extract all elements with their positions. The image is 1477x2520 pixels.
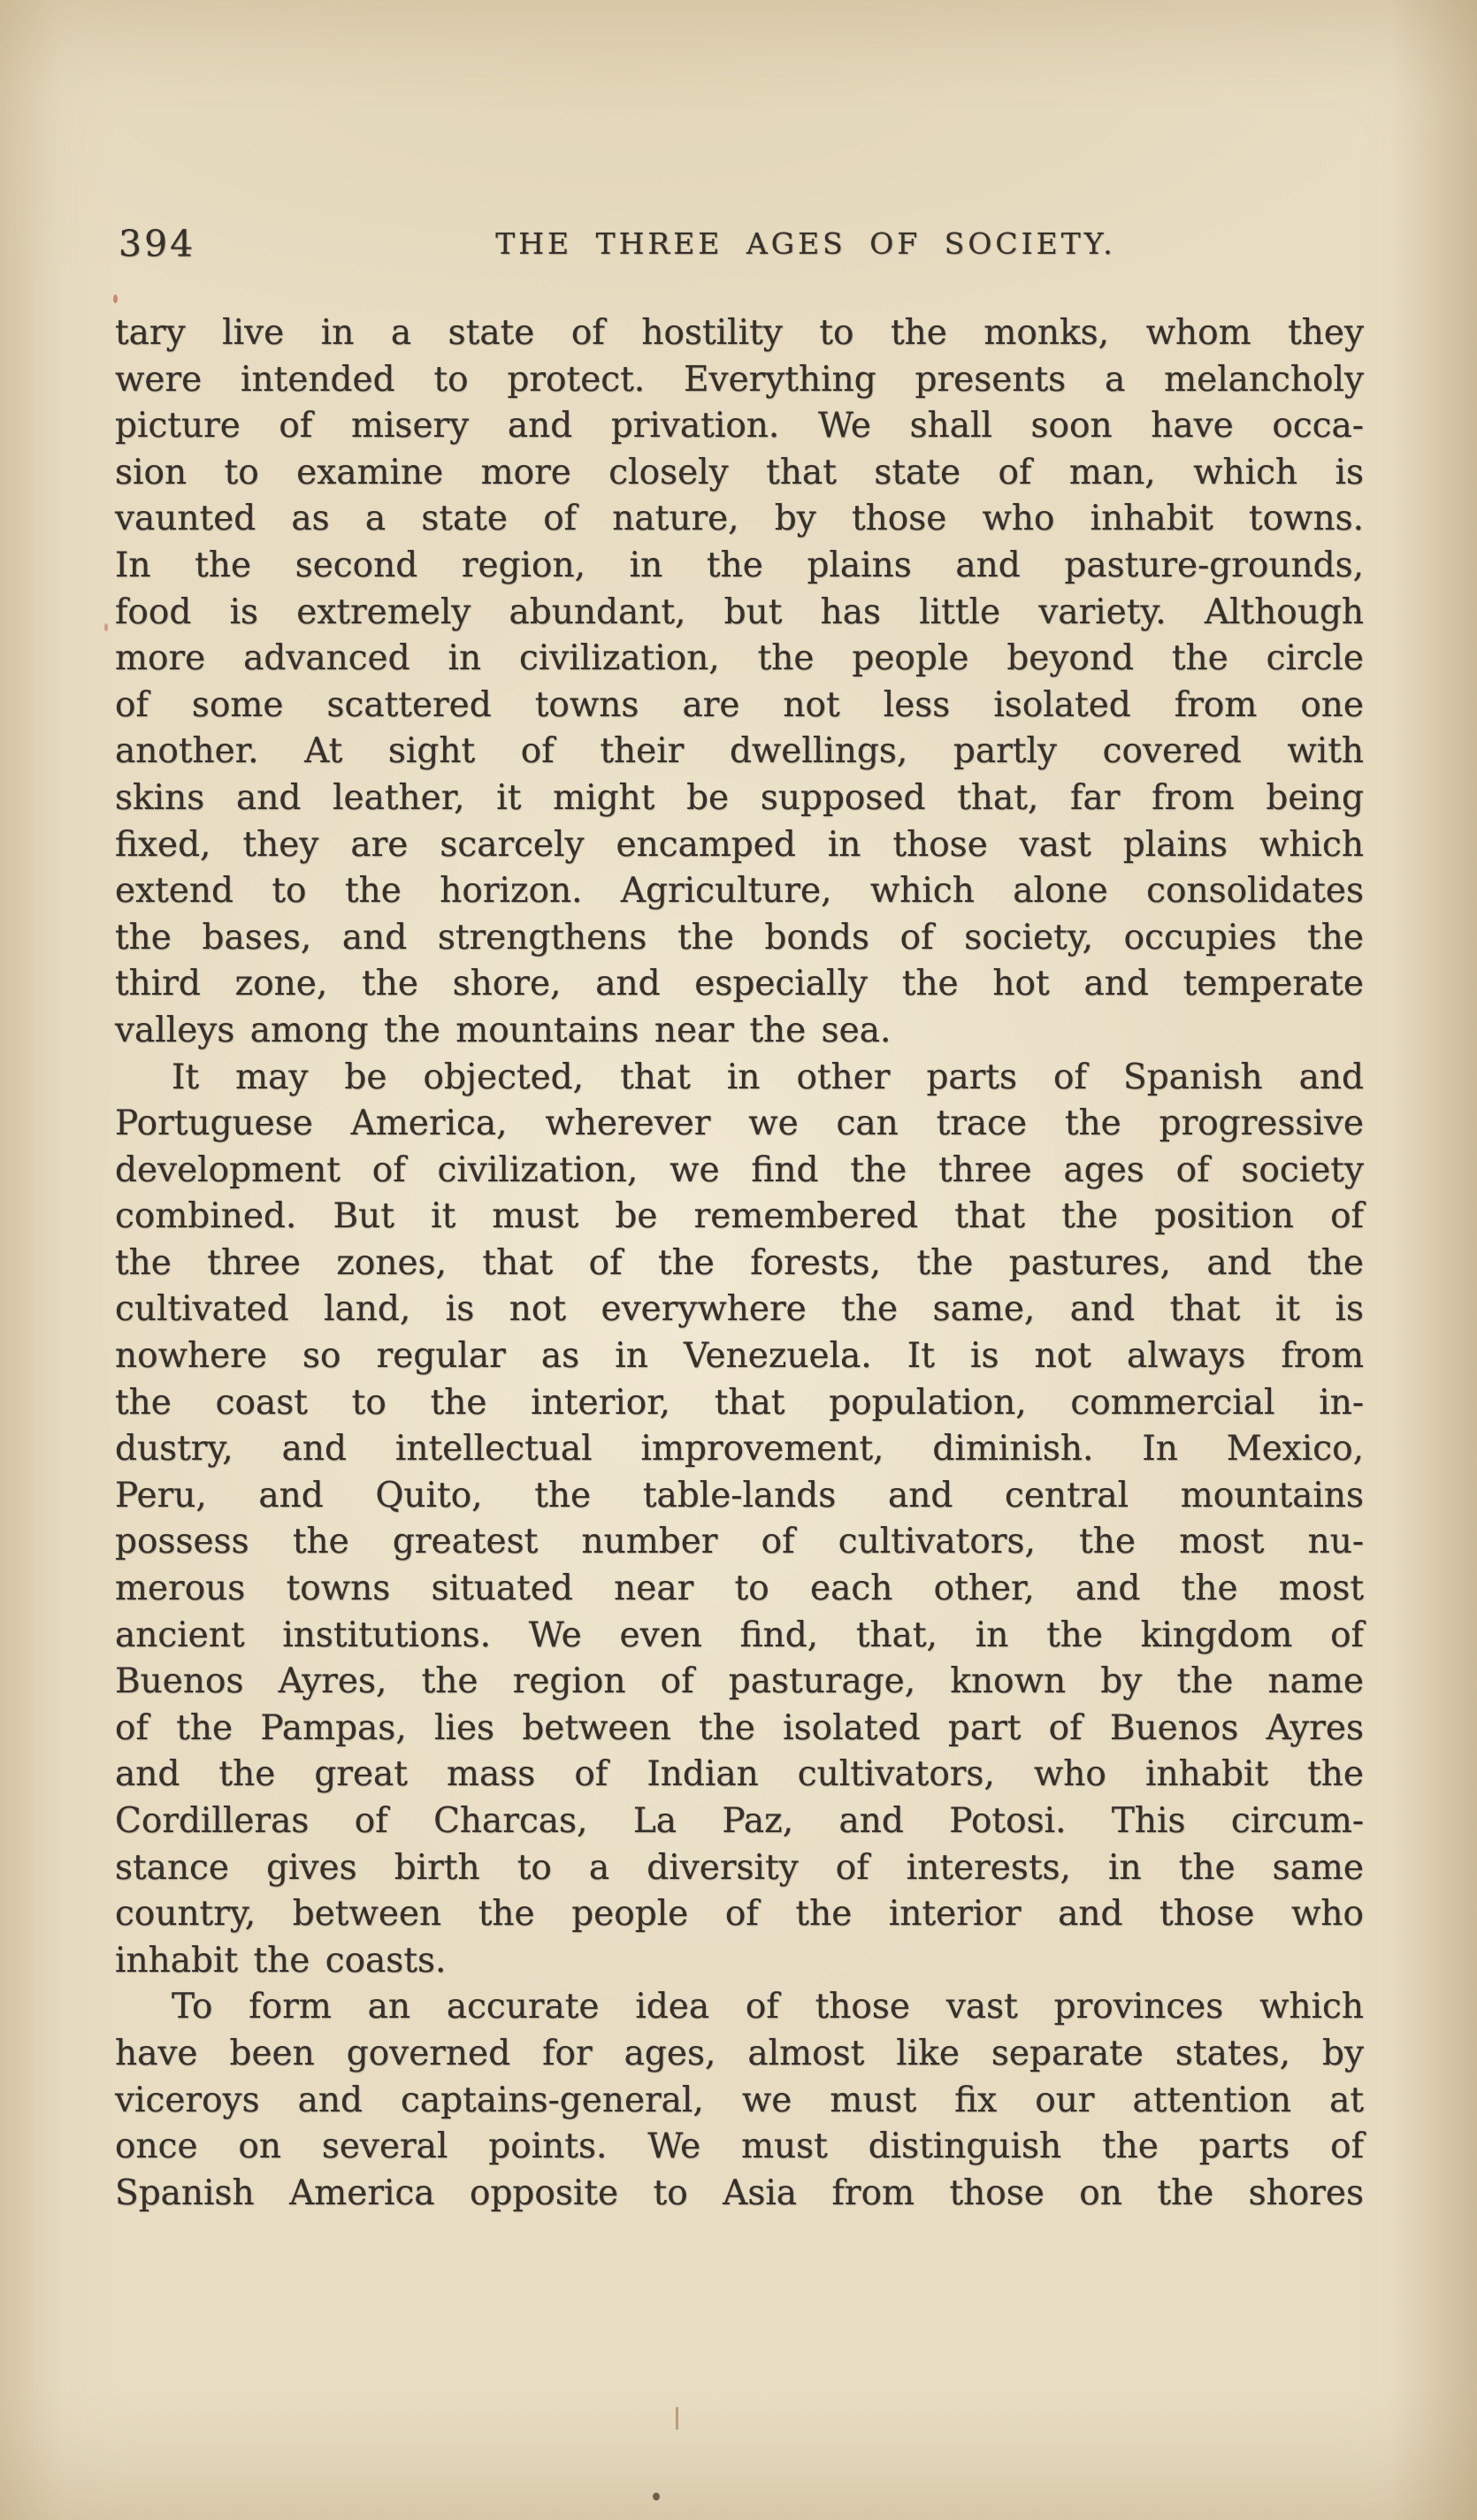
text-line: the coast to the interior, that populati… bbox=[115, 1380, 1364, 1427]
text-line: the bases, and strengthens the bonds of … bbox=[115, 915, 1364, 962]
text-line: cultivated land, is not everywhere the s… bbox=[115, 1287, 1364, 1333]
text-line: merous towns situated near to each other… bbox=[115, 1566, 1364, 1613]
text-line: stance gives birth to a diversity of int… bbox=[115, 1845, 1364, 1892]
text-line: food is extremely abundant, but has litt… bbox=[115, 590, 1364, 637]
paper-speck bbox=[113, 294, 118, 303]
paper-speck bbox=[676, 2407, 678, 2430]
text-line: It may be objected, that in other parts … bbox=[115, 1055, 1364, 1102]
text-line: were intended to protect. Everything pre… bbox=[115, 357, 1364, 404]
text-line: third zone, the shore, and especially th… bbox=[115, 961, 1364, 1008]
text-line: Spanish America opposite to Asia from th… bbox=[115, 2171, 1364, 2218]
text-line: fixed, they are scarcely encamped in tho… bbox=[115, 822, 1364, 869]
paragraph: tary live in a state of hostility to the… bbox=[115, 310, 1364, 1055]
text-line: the three zones, that of the forests, th… bbox=[115, 1241, 1364, 1287]
text-line: viceroys and captains-general, we must f… bbox=[115, 2078, 1364, 2125]
book-page: 394 THE THREE AGES OF SOCIETY. tary live… bbox=[0, 0, 1477, 2520]
text-line: Peru, and Quito, the table-lands and cen… bbox=[115, 1473, 1364, 1520]
text-line: vaunted as a state of nature, by those w… bbox=[115, 496, 1364, 543]
paragraph: To form an accurate idea of those vast p… bbox=[115, 1984, 1364, 2217]
text-line: extend to the horizon. Agriculture, whic… bbox=[115, 868, 1364, 915]
text-line: skins and leather, it might be supposed … bbox=[115, 775, 1364, 822]
text-line: tary live in a state of hostility to the… bbox=[115, 310, 1364, 357]
text-line: of some scattered towns are not less iso… bbox=[115, 683, 1364, 729]
text-line: Buenos Ayres, the region of pasturage, k… bbox=[115, 1659, 1364, 1706]
running-title: THE THREE AGES OF SOCIETY. bbox=[494, 226, 1118, 261]
page-header: 394 THE THREE AGES OF SOCIETY. bbox=[0, 221, 1477, 271]
text-line: sion to examine more closely that state … bbox=[115, 450, 1364, 497]
paragraph: It may be objected, that in other parts … bbox=[115, 1055, 1364, 1985]
text-line: possess the greatest number of cultivato… bbox=[115, 1519, 1364, 1566]
text-line: inhabit the coasts. bbox=[115, 1938, 1364, 1985]
text-line: ancient institutions. We even find, that… bbox=[115, 1613, 1364, 1660]
text-line: another. At sight of their dwellings, pa… bbox=[115, 729, 1364, 775]
text-line: To form an accurate idea of those vast p… bbox=[115, 1984, 1364, 2031]
text-line: valleys among the mountains near the sea… bbox=[115, 1008, 1364, 1055]
text-line: dustry, and intellectual improvement, di… bbox=[115, 1426, 1364, 1473]
page-number: 394 bbox=[119, 223, 195, 265]
text-line: In the second region, in the plains and … bbox=[115, 543, 1364, 590]
text-line: more advanced in civilization, the peopl… bbox=[115, 636, 1364, 683]
text-line: and the great mass of Indian cultivators… bbox=[115, 1752, 1364, 1798]
text-line: have been governed for ages, almost like… bbox=[115, 2031, 1364, 2078]
text-line: country, between the people of the inter… bbox=[115, 1891, 1364, 1938]
text-line: combined. But it must be remembered that… bbox=[115, 1194, 1364, 1241]
text-line: picture of misery and privation. We shal… bbox=[115, 403, 1364, 450]
body-text: tary live in a state of hostility to the… bbox=[115, 310, 1364, 2217]
paper-speck bbox=[653, 2493, 660, 2501]
text-line: of the Pampas, lies between the isolated… bbox=[115, 1706, 1364, 1753]
text-line: Cordilleras of Charcas, La Paz, and Poto… bbox=[115, 1798, 1364, 1845]
text-line: once on several points. We must distingu… bbox=[115, 2124, 1364, 2171]
paper-speck bbox=[104, 623, 108, 631]
text-line: Portuguese America, wherever we can trac… bbox=[115, 1101, 1364, 1148]
text-line: nowhere so regular as in Venezuela. It i… bbox=[115, 1333, 1364, 1380]
text-line: development of civilization, we find the… bbox=[115, 1148, 1364, 1195]
